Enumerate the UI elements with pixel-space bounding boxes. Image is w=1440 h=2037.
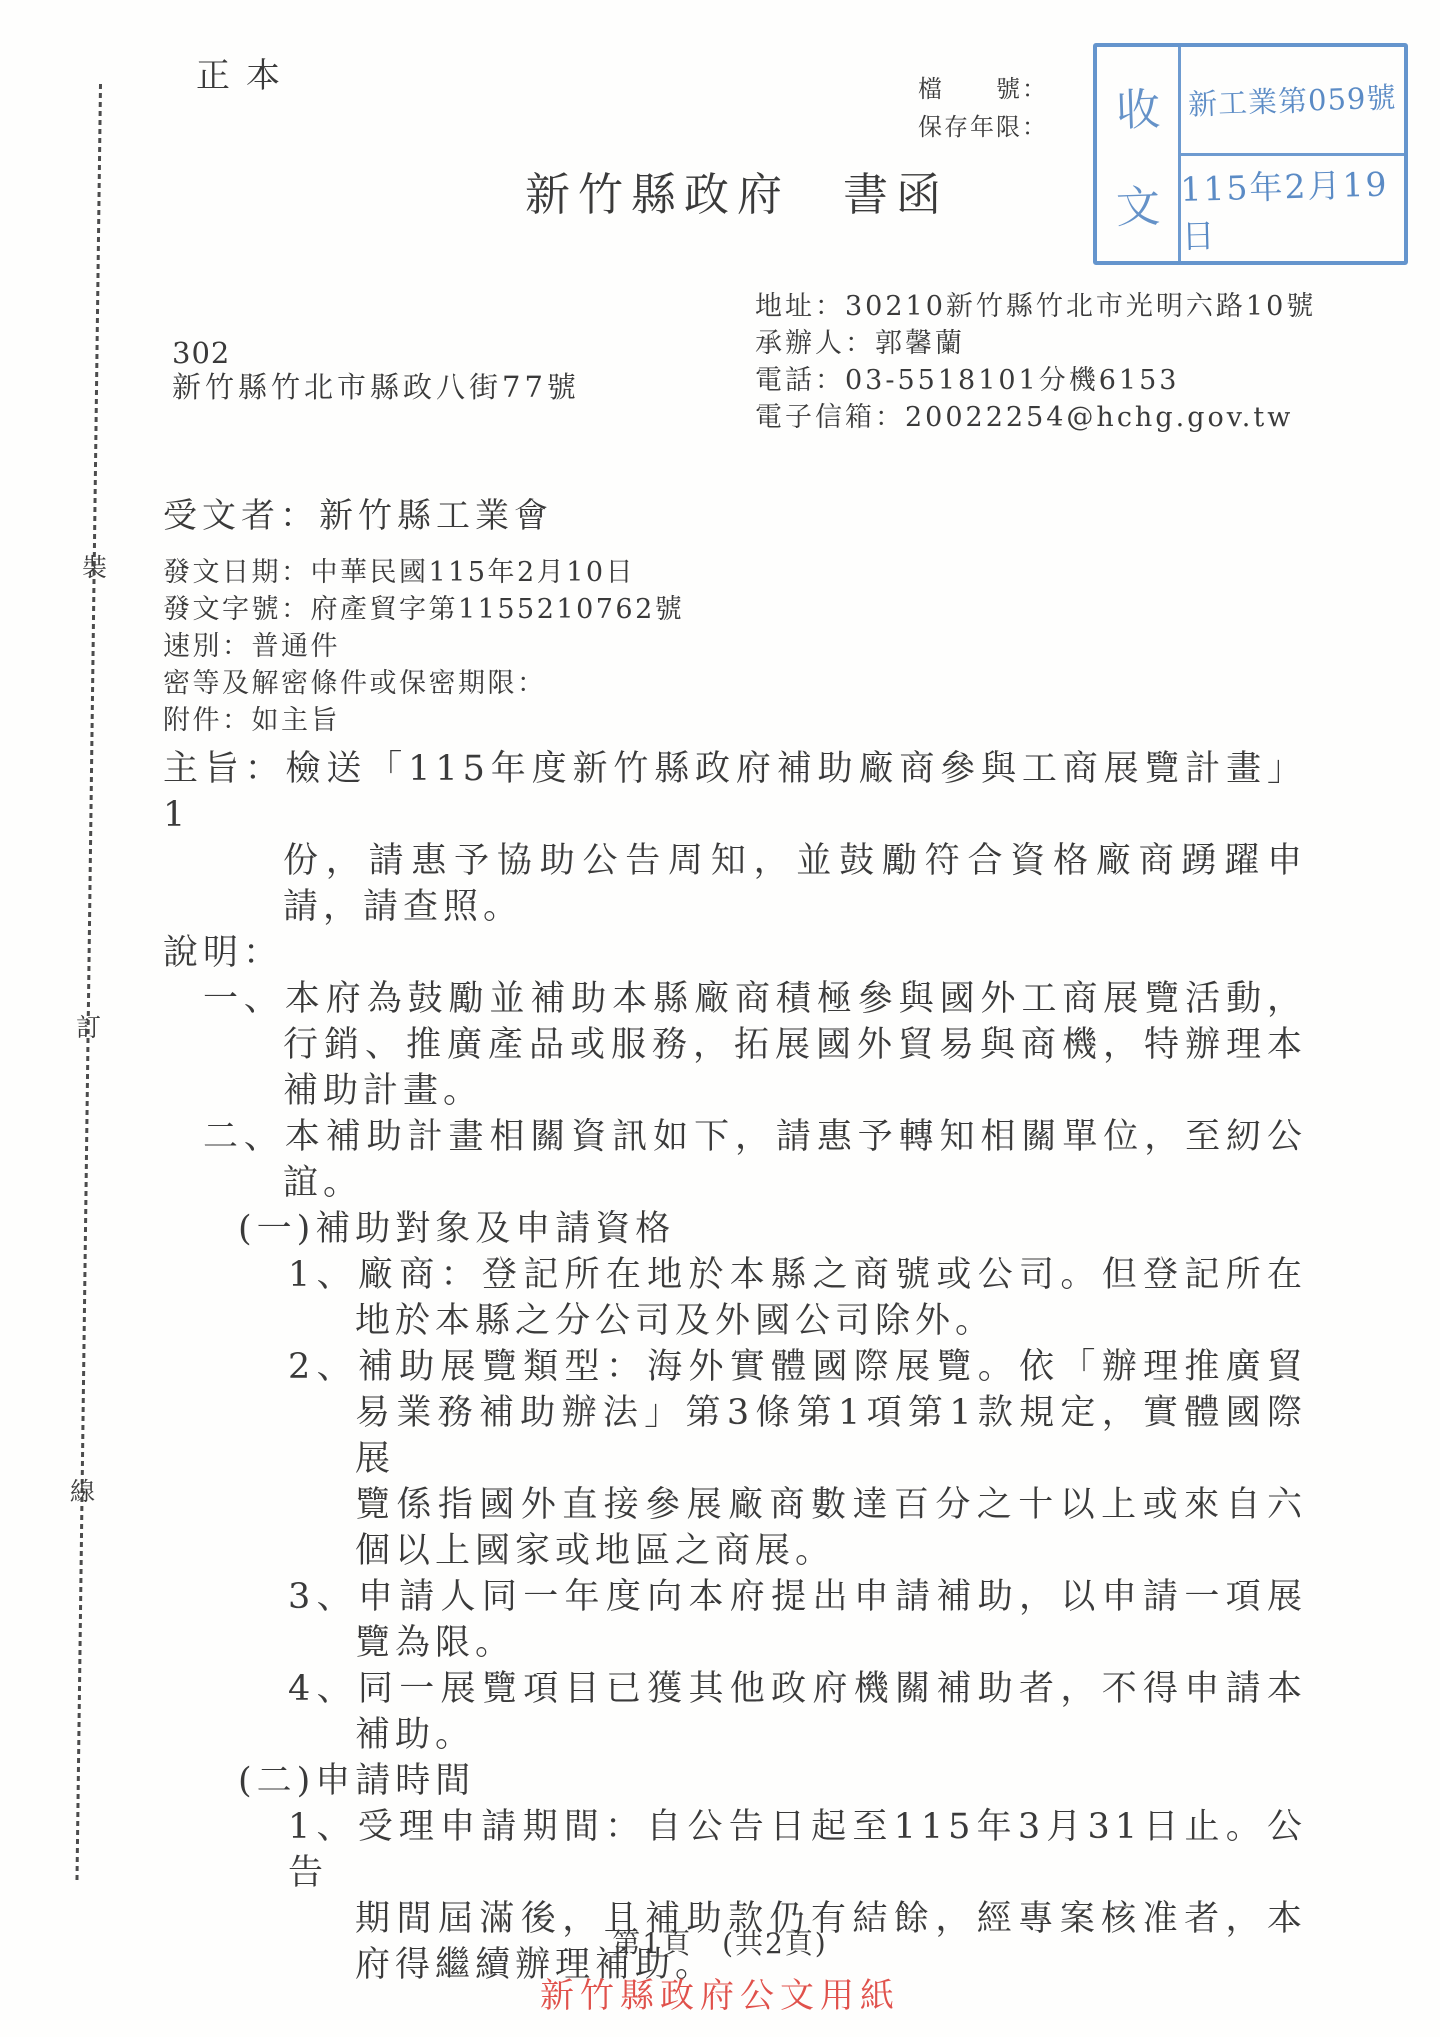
addressee-block: 302 新竹縣竹北市縣政八街77號 [172,336,580,404]
explanation-item1-line: 補助計畫。 [163,1068,1307,1114]
recipient-line: 受文者：新竹縣工業會 [163,488,553,537]
subject-line: 主旨：檢送「115年度新竹縣政府補助廠商參與工商展覽計畫」1 [163,746,1307,838]
section1-item3-line: 覽為限。 [163,1620,1307,1666]
issuance-meta-block: 發文日期：中華民國115年2月10日 發文字號：府產貿字第1155210762號… [163,554,684,739]
receipt-stamp-right-column: 新工業第059號 115年2月19日 [1181,47,1404,261]
addressee-zip: 302 [172,336,580,370]
stamp-date-cell: 115年2月19日 [1181,156,1404,262]
binding-dotted-line [75,84,102,1882]
binding-label-ding: 訂 [76,1008,101,1044]
explanation-item2-line: 二、本補助計畫相關資訊如下，請惠予轉知相關單位，至紉公 [163,1114,1307,1160]
stamp-doc-char: 文 [1114,170,1160,235]
subject-line: 份，請惠予協助公告周知，並鼓勵符合資格廠商踴躍申 [163,838,1307,884]
footer-paper-label: 新竹縣政府公文用紙 [0,1968,1440,2017]
section1-item4-line: 補助。 [163,1712,1307,1758]
meta-issue-date: 發文日期：中華民國115年2月10日 [163,554,684,591]
meta-issue-no: 發文字號：府產貿字第1155210762號 [163,591,684,628]
document-body: 主旨：檢送「115年度新竹縣政府補助廠商參與工商展覽計畫」1 份，請惠予協助公告… [163,746,1307,1988]
sender-phone: 電話：03-5518101分機6153 [755,362,1316,399]
subject-line: 請，請查照。 [163,884,1307,930]
meta-security: 密等及解密條件或保密期限： [163,665,684,702]
sender-email: 電子信箱：20022254@hchg.gov.tw [755,399,1316,436]
section1-item2-line: 易業務補助辦法」第3條第1項第1款規定，實體國際展 [163,1390,1307,1482]
section1-item1-line: 1、廠商：登記所在地於本縣之商號或公司。但登記所在 [163,1252,1307,1298]
sender-contact-person: 承辦人：郭馨蘭 [755,325,1316,362]
sender-contact-block: 地址：30210新竹縣竹北市光明六路10號 承辦人：郭馨蘭 電話：03-5518… [755,288,1316,436]
addressee-address: 新竹縣竹北市縣政八街77號 [172,370,580,404]
copy-type-label: 正本 [196,48,296,97]
explanation-header: 說明： [163,930,1307,976]
section1-item2-line: 覽係指國外直接參展廠商數達百分之十以上或來自六 [163,1482,1307,1528]
section2-item1-line: 1、受理申請期間：自公告日起至115年3月31日止。公告 [163,1804,1307,1896]
retention-label: 保存年限： [918,108,1048,146]
file-labels: 檔 號： 保存年限： [918,70,1048,146]
stamp-date: 115年2月19日 [1180,158,1405,258]
receipt-stamp-left-column: 收 文 [1097,47,1181,261]
sender-address: 地址：30210新竹縣竹北市光明六路10號 [755,288,1316,325]
section1-item2-line: 個以上國家或地區之商展。 [163,1528,1307,1574]
explanation-item1-line: 行銷、推廣產品或服務，拓展國外貿易與商機，特辦理本 [163,1022,1307,1068]
section1-item2-line: 2、補助展覽類型：海外實體國際展覽。依「辦理推廣貿 [163,1344,1307,1390]
stamp-doc-number: 新工業第059號 [1188,76,1398,124]
section2-header: (二)申請時間 [163,1758,1307,1804]
document-sheet: 裝 訂 線 正本 檔 號： 保存年限： 新竹縣政府 書函 收 文 新工業第059… [0,0,1440,2037]
receipt-stamp: 收 文 新工業第059號 115年2月19日 [1093,43,1408,265]
stamp-number-cell: 新工業第059號 [1181,47,1404,156]
section1-item1-line: 地於本縣之分公司及外國公司除外。 [163,1298,1307,1344]
section1-header: (一)補助對象及申請資格 [163,1206,1307,1252]
stamp-receive-char: 收 [1114,73,1160,138]
binding-label-zhuang: 裝 [82,548,107,584]
section1-item3-line: 3、申請人同一年度向本府提出申請補助，以申請一項展 [163,1574,1307,1620]
meta-attachment: 附件：如主旨 [163,702,684,739]
explanation-item2-line: 誼。 [163,1160,1307,1206]
file-no-label: 檔 號： [918,70,1048,108]
footer-page-number: 第1頁 (共2頁) [0,1922,1440,1962]
explanation-item1-line: 一、本府為鼓勵並補助本縣廠商積極參與國外工商展覽活動， [163,976,1307,1022]
meta-speed: 速別：普通件 [163,628,684,665]
binding-label-xian: 線 [70,1472,95,1508]
section1-item4-line: 4、同一展覽項目已獲其他政府機關補助者，不得申請本 [163,1666,1307,1712]
